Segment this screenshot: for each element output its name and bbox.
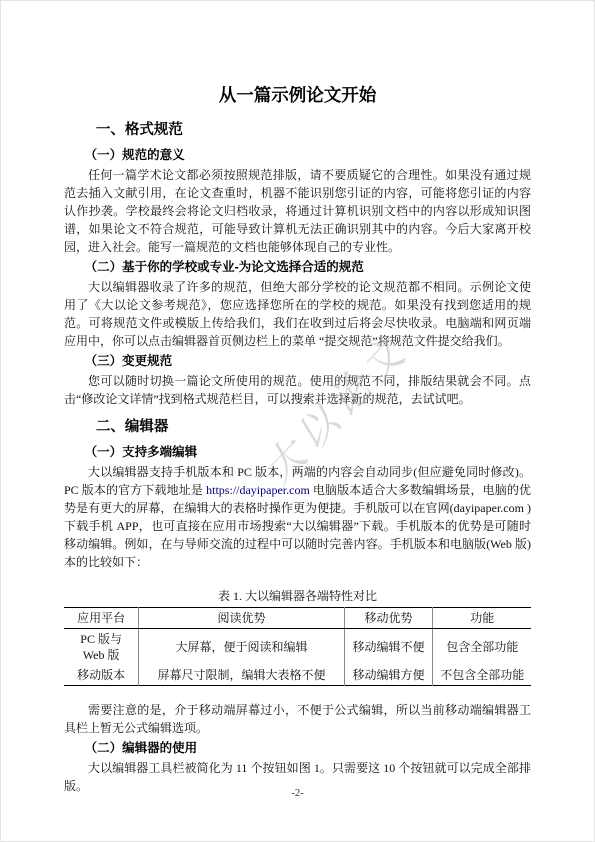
table-header-reading: 阅读优势 [139, 608, 344, 629]
table-cell-mobility: 移动编辑不便 [344, 629, 433, 666]
table-cell-features: 不包含全部功能 [433, 665, 531, 686]
dayipaper-download-link[interactable]: https://dayipaper.com [206, 483, 310, 497]
table-header-mobility: 移动优势 [344, 608, 433, 629]
paragraph-mobile-formula-note: 需要注意的是，介于移动端屏幕过小，不便于公式编辑，所以当前移动端编辑器工具栏上暂… [64, 701, 531, 737]
table-caption: 表 1. 大以编辑器各端特性对比 [64, 588, 531, 605]
table-header-platform: 应用平台 [64, 608, 139, 629]
page-number: -2- [1, 788, 594, 799]
subheading-rule-meaning: （一）规范的意义 [64, 147, 531, 164]
table-cell-mobility: 移动编辑方便 [344, 665, 433, 686]
document-page: 大以论文 从一篇示例论文开始 一、格式规范 （一）规范的意义 任何一篇学术论文都… [0, 0, 595, 842]
table-cell-reading: 大屏幕，便于阅读和编辑 [139, 629, 344, 666]
section-heading-format-rules: 一、格式规范 [64, 120, 531, 140]
comparison-table-block: 表 1. 大以编辑器各端特性对比 应用平台 阅读优势 移动优势 功能 PC 版与… [64, 588, 531, 686]
subheading-multi-device: （一）支持多端编辑 [64, 444, 531, 461]
section-heading-editor: 二、编辑器 [64, 417, 531, 437]
table-cell-reading: 屏幕尺寸限制，编辑大表格不便 [139, 665, 344, 686]
document-title: 从一篇示例论文开始 [64, 83, 531, 107]
subheading-change-rule: （三）变更规范 [64, 353, 531, 370]
table-cell-platform: PC 版与 Web 版 [64, 629, 139, 666]
paragraph-multi-device: 大以编辑器支持手机版本和 PC 版本，两端的内容会自动同步(但应避免同时修改)。… [64, 463, 531, 571]
paragraph-change-rule: 您可以随时切换一篇论文所使用的规范。使用的规范不同，排版结果就会不同。点击“修改… [64, 372, 531, 408]
table-row: PC 版与 Web 版 大屏幕，便于阅读和编辑 移动编辑不便 包含全部功能 [64, 629, 531, 666]
table-header-features: 功能 [433, 608, 531, 629]
table-header-row: 应用平台 阅读优势 移动优势 功能 [64, 608, 531, 629]
subheading-choose-rule: （二）基于你的学校或专业-为论文选择合适的规范 [64, 259, 531, 276]
paragraph-choose-rule: 大以编辑器收录了许多的规范，但绝大部分学校的论文规范都不相同。示例论文使用了《大… [64, 278, 531, 350]
table-cell-platform: 移动版本 [64, 665, 139, 686]
paragraph-rule-meaning: 任何一篇学术论文都必须按照规范排版，请不要质疑它的合理性。如果没有通过规范去插入… [64, 166, 531, 256]
table-row: 移动版本 屏幕尺寸限制，编辑大表格不便 移动编辑方便 不包含全部功能 [64, 665, 531, 686]
table-cell-features: 包含全部功能 [433, 629, 531, 666]
subheading-editor-usage: （二）编辑器的使用 [64, 740, 531, 757]
comparison-table: 应用平台 阅读优势 移动优势 功能 PC 版与 Web 版 大屏幕，便于阅读和编… [64, 607, 531, 686]
